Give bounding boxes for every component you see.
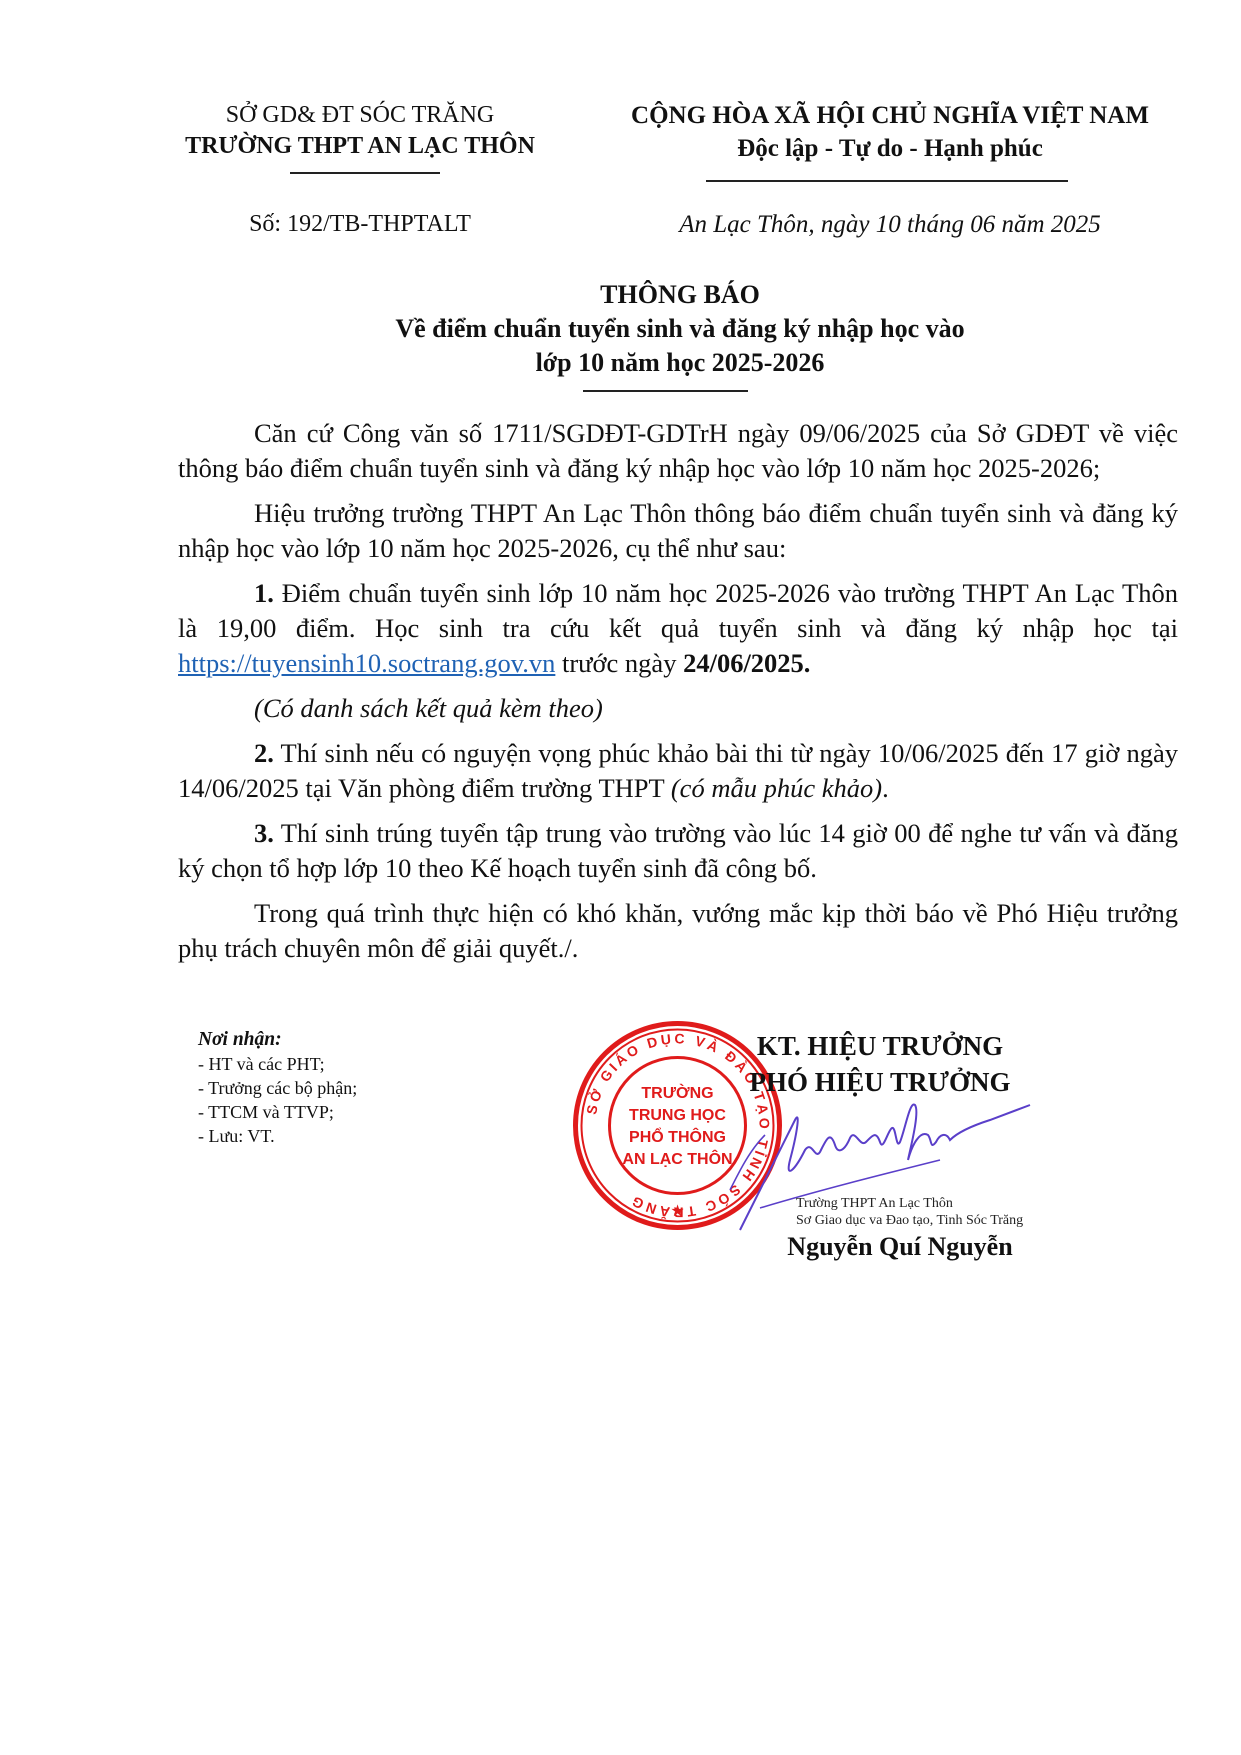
header-right: CỘNG HÒA XÃ HỘI CHỦ NGHĨA VIỆT NAM Độc l… [600,100,1180,165]
svg-text:★: ★ [670,1203,684,1220]
document-number: Số: 192/TB-THPTALT [150,209,570,240]
motto-underline [706,180,1068,182]
title-underline [583,390,748,392]
signer-role-1: KT. HIỆU TRƯỞNG [680,1028,1080,1064]
item-2: 2. Thí sinh nếu có nguyện vọng phúc khảo… [178,736,1178,806]
item-2-number: 2. [254,738,274,768]
digital-certificate: Trường THPT An Lạc Thôn Sơ Giao dục va Đ… [796,1195,1023,1229]
cert-line-2: Sơ Giao dục va Đao tạo, Tinh Sóc Trăng [796,1212,1023,1229]
item-1: 1. Điểm chuẩn tuyển sinh lớp 10 năm học … [178,576,1178,681]
nation-name: CỘNG HÒA XÃ HỘI CHỦ NGHĨA VIỆT NAM [600,100,1180,133]
place-date: An Lạc Thôn, ngày 10 tháng 06 năm 2025 [610,209,1170,242]
item-3: 3. Thí sinh trúng tuyển tập trung vào tr… [178,816,1178,886]
recipient-item: - Lưu: VT. [198,1124,357,1148]
cert-line-1: Trường THPT An Lạc Thôn [796,1195,1023,1212]
item-2-end: . [882,773,889,803]
item-1-deadline: 24/06/2025. [683,648,810,678]
title-subtitle-1: Về điểm chuẩn tuyển sinh và đăng ký nhập… [180,312,1180,346]
document-title: THÔNG BÁO Về điểm chuẩn tuyển sinh và đă… [180,278,1180,380]
item-3-number: 3. [254,818,274,848]
lookup-link[interactable]: https://tuyensinh10.soctrang.gov.vn [178,648,555,678]
attachment-note: (Có danh sách kết quả kèm theo) [178,691,1178,726]
recipient-item: - TTCM và TTVP; [198,1100,357,1124]
paragraph-basis: Căn cứ Công văn số 1711/SGDĐT-GDTrH ngày… [178,416,1178,486]
motto: Độc lập - Tự do - Hạnh phúc [600,133,1180,166]
item-2-italic: (có mẫu phúc khảo) [671,773,882,803]
item-1-after-link: trước ngày [555,648,683,678]
signer-name: Nguyễn Quí Nguyễn [700,1232,1100,1262]
school-name: TRƯỜNG THPT AN LẠC THÔN [150,131,570,162]
title-heading: THÔNG BÁO [180,278,1180,312]
header-left: SỞ GD& ĐT SÓC TRĂNG TRƯỜNG THPT AN LẠC T… [150,100,570,162]
item-3-text: Thí sinh trúng tuyển tập trung vào trườn… [178,818,1178,883]
recipients-title: Nơi nhận: [198,1028,357,1052]
authority-name: SỞ GD& ĐT SÓC TRĂNG [150,100,570,131]
school-underline [290,172,440,174]
item-1-text: Điểm chuẩn tuyển sinh lớp 10 năm học 202… [178,578,1178,643]
document-body: Căn cứ Công văn số 1711/SGDĐT-GDTrH ngày… [178,416,1178,976]
recipients-block: Nơi nhận: - HT và các PHT; - Trưởng các … [198,1028,357,1148]
paragraph-closing: Trong quá trình thực hiện có khó khăn, v… [178,896,1178,966]
paragraph-announcement: Hiệu trưởng trường THPT An Lạc Thôn thôn… [178,496,1178,566]
recipient-item: - HT và các PHT; [198,1052,357,1076]
recipient-item: - Trưởng các bộ phận; [198,1076,357,1100]
title-subtitle-2: lớp 10 năm học 2025-2026 [180,346,1180,380]
item-1-number: 1. [254,578,274,608]
